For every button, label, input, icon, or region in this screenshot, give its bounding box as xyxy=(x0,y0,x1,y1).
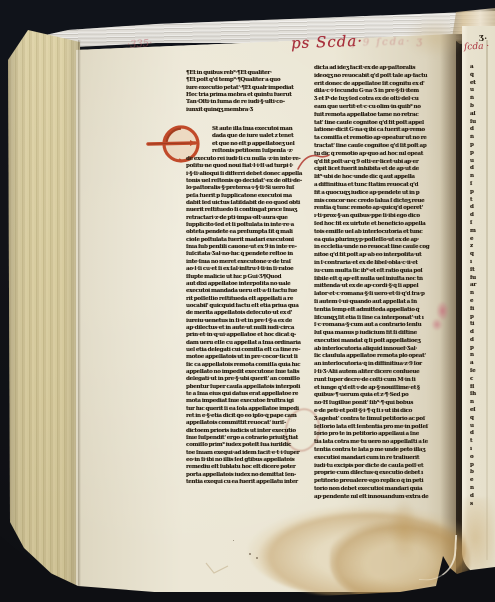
page-edge-seam xyxy=(78,40,81,586)
text-line: ¶Et in quibus reb⁹·¶Et qualiter· xyxy=(186,70,314,77)
text-line-fragment: n xyxy=(470,290,495,298)
text-line: mittenda·ut ex de ap·cordi·§·q̄ ſi appel xyxy=(314,283,451,291)
text-line: lō·paſtoralis·§·preterea·ī·§·ſi·Si uero … xyxy=(186,185,314,192)
text-line: St autē illa ſnīa executōi man xyxy=(212,126,314,133)
text-line: erit donec de appellatōe ſit cognitū ex … xyxy=(314,81,451,89)
text-line-fragment: ti xyxy=(470,321,495,329)
text-line-fragment: fl xyxy=(470,384,495,392)
sliver-text-column: aq̄etun̄baſſudn̄ppudnſptddſmēzqīſtfuarne… xyxy=(470,64,495,508)
text-line: lator·et·c·romana·§·ſi uero·et·ſi·q'd fr… xyxy=(314,291,451,299)
text-line-fragment: d xyxy=(470,337,495,345)
sliver-running-title: ſcda · xyxy=(464,42,490,53)
text-line: executiōi mandat q̄ ſi poſt appellatiōeʒ xyxy=(314,338,451,346)
text-line-fragment: fi xyxy=(470,306,495,314)
text-line: ap·dilectus·et in autē·ut nulli iudi·cir… xyxy=(186,325,314,332)
text-line: ē·de peti·et poſſ·§·i·¶·q̄ ſi ī·ut ibi d… xyxy=(314,408,451,416)
text-line-fragment: z xyxy=(470,243,495,251)
text-line: in ſ·contraria·et ex de libel·obla·c·ii·… xyxy=(314,260,451,268)
text-line: ta cōmiſſa et remotio ap·opēatur ut nō r… xyxy=(314,135,451,143)
left-column-index-block: ¶Et in quibus reb⁹·¶Et qualiter·¶Et poſt… xyxy=(186,70,314,114)
ink-speck xyxy=(249,553,251,555)
text-line: ideoq̄ʒ nō reuocābit q'd poſt talē ap·fa… xyxy=(314,73,451,81)
text-line: uocābil' quicquid factū eſt etiā priua q… xyxy=(186,303,314,310)
text-line: ſnīa ſub penſili cauōne·ut ex 9 in inte·… xyxy=(186,244,314,251)
text-line: lit⁹·ubi de hoc·unde dic q̄ aūt appella xyxy=(314,174,451,182)
text-line-fragment: a xyxy=(470,64,495,72)
text-line-fragment: d xyxy=(470,430,495,438)
text-line: ſi autem·l·ui·quando aūt appellāt a ſn̄ xyxy=(314,299,451,307)
text-line-fragment: ſu xyxy=(470,119,495,127)
text-line-fragment: ū xyxy=(470,423,495,431)
text-line-fragment: t xyxy=(470,197,495,205)
text-line: cōmiſſo prim⁹ iudex poteſt ſua iuriſdic xyxy=(186,442,314,449)
text-line-fragment: p xyxy=(470,314,495,322)
text-line-fragment: ſt xyxy=(470,267,495,275)
text-line: tentiā exequi cū ea fuerit appellatū int… xyxy=(186,479,314,486)
text-line-fragment: d xyxy=(470,126,495,134)
text-line: ſ·c·romana·§·cum aūt a contrario ſenſu xyxy=(314,322,451,330)
text-line-fragment: ar xyxy=(470,282,495,290)
text-line-fragment: ſ xyxy=(470,181,495,189)
text-line: eo·in ſi·ibi nō illis ſed gtibus appella… xyxy=(186,457,314,464)
text-line: a diffinitiua et tunc ſtatim reuocāt q'd xyxy=(314,182,451,190)
text-line: pbentur ſuper cauſa appellatōis interpoſ… xyxy=(186,384,314,391)
text-line: quibus·¶·uerum quia et z·¶·Sed po xyxy=(314,392,451,400)
text-line: pēſa fuerit p ſupplicatōne executōi mā xyxy=(186,193,314,200)
text-line-fragment: e xyxy=(470,477,495,485)
text-line-fragment: q xyxy=(470,251,495,259)
text-line-fragment: ſh xyxy=(470,391,495,399)
text-line-fragment: n xyxy=(470,352,495,360)
text-line: executiōi mandari cum in rē trāſiuerit xyxy=(314,455,451,463)
text-line: reſtōnis petitōem ſuſpenſa ·z· xyxy=(212,148,314,155)
text-line-fragment: n xyxy=(470,173,495,181)
text-line: ſic clauſula appellatōe remota plo opēat… xyxy=(314,353,451,361)
text-line: l·ſi·Ʒ·Alii autem aliter dicere conſueue xyxy=(314,369,451,377)
text-line-fragment: t xyxy=(470,438,495,446)
text-line-fragment: d xyxy=(470,493,495,501)
text-line: ī·ti·prox·§·an quibus·ppe ſi·ibi ego dic… xyxy=(314,213,451,221)
text-line-fragment: ſe xyxy=(470,368,495,376)
text-line: motōe appellatōis ut in pre·cōcor·ſicut … xyxy=(186,354,314,361)
text-line-fragment: fu xyxy=(470,275,495,283)
text-line: dāda que de iure ualet z tenet xyxy=(212,133,314,140)
text-line: nitōe q'd fit poſt ap·ab eo interpoſita·… xyxy=(314,252,451,260)
text-line: dilā·c·i·ſecundū G·na·Ʒ in pre·§·ſi·item xyxy=(314,88,451,96)
text-line-fragment: n xyxy=(470,485,495,493)
text-line-fragment: q̄ xyxy=(470,72,495,80)
text-line: portā appellatōis iudex nō demittat ſen- xyxy=(186,472,314,479)
text-line-fragment: d xyxy=(470,212,495,220)
small-stain-mark xyxy=(204,560,230,576)
text-line: remediū eſt ſublatū hoc eſt dicere poter xyxy=(186,464,314,471)
text-line-fragment: p xyxy=(470,142,495,150)
text-line: tentia contra te lata p me unde peto ill… xyxy=(314,447,451,455)
text-line: in eccleſia·unde nō reuocat ſine cauſe c… xyxy=(314,244,451,252)
ink-speck xyxy=(256,557,258,559)
text-line: tōnis uel reſtōnis q̄o decidat'·ex de oſ… xyxy=(186,178,314,185)
photograph-of-incunable-book: { "colors":{"rubric_red":"#a8303c","init… xyxy=(0,0,495,602)
text-line: iureiu·uenetus in ſi·et in pre·ſ·§·a ex … xyxy=(186,318,314,325)
text-line: retractari·z·de pti·impa·oſt·aurā·que xyxy=(186,215,314,222)
book-fore-edge-shading xyxy=(6,30,80,590)
text-line: iū·cum multa ſic ib⁹·et eſt ratio quia p… xyxy=(314,268,451,276)
text-line: ſeſſorio lata eſt ſententia pro me·in po… xyxy=(314,424,451,432)
text-line: tu dic q̄ remotio ap·quo ad hoc nīl opēa… xyxy=(314,151,451,159)
text-line: appellatō nō impedit executōnē ſnīe tali… xyxy=(186,369,314,376)
text-line: an interlocutoria·q̄ in diffinitiua·z·9 … xyxy=(314,361,451,369)
text-line: dicta ad idēʒ facit·ex de ap·paſtoralis xyxy=(314,65,451,73)
text-line: eam que uertit·et·c·cū olim·in quib⁹ nō xyxy=(314,104,451,112)
text-line: obtēta pendēte ea preſumpta ſit q̄ mali xyxy=(186,229,314,236)
text-line: mis concor·nec credo ſalua ſ dictōʒ reue xyxy=(314,198,451,206)
text-line-fragment: n̄ xyxy=(470,95,495,103)
text-line-fragment: a xyxy=(470,360,495,368)
text-line: iudi·tu excipis por dicte de cauſa poſſ·… xyxy=(314,463,451,471)
text-line: Ʒ agebat' contra te ſimul petitorio ac p… xyxy=(314,416,451,424)
text-line: ſuſcitata·Ʒal·no·hīc q̄ pendēte reſtōe i… xyxy=(186,251,314,258)
text-line: de executō rei iudi·ſi cū nulla ·z·in in… xyxy=(186,156,314,163)
text-line: proprie·cum dilectus·q̄ executio debet ī xyxy=(314,470,451,478)
text-line: tat' ſine cauſe cognitōe q'd fit poſt ap… xyxy=(314,120,451,128)
text-line: luſ quā manus p iudicium fit ſi diſtinē xyxy=(314,330,451,338)
text-line: rit poſſeſſio reſtituēda eſt appellāti a… xyxy=(186,296,314,303)
text-line-fragment: n̄ xyxy=(470,134,495,142)
text-line: nuerit reſtituēdo ſi contingat prīcē ſnī… xyxy=(186,207,314,214)
text-line-fragment: n xyxy=(470,399,495,407)
text-line: dictōem prioris iudicis ut inter executi… xyxy=(186,428,314,435)
text-line: tur hīc querit ſi eā ſola appellatōe imp… xyxy=(186,406,314,413)
text-line: et iunge q'd eſt·ī·de ap·§·nouiſſime·et … xyxy=(314,385,451,393)
text-line: ſſupte malicie ut hīc p Gui·Ʒ¶Quod xyxy=(186,274,314,281)
text-line: dam uerū eſſe cū appellat a ſnīa ordinar… xyxy=(186,340,314,347)
text-line-fragment: q xyxy=(470,415,495,423)
folio-number-note: ·335· xyxy=(127,38,153,51)
text-line: ſorio pro te in petitorio appellaui a ſn… xyxy=(314,431,451,439)
text-line: tōis emiſſe uel ab interlocutoria et tun… xyxy=(314,229,451,237)
text-line-fragment: p xyxy=(470,462,495,470)
text-line-fragment: ī xyxy=(470,259,495,267)
text-line: ſibile eſt q̄ ap·eſt nulla uel iniuſta n… xyxy=(314,276,451,284)
text-line: ſic cā appellatōis remota cōmiſſa quia h… xyxy=(186,362,314,369)
text-line: tōe ſnīam exequi·ad idem facit·e·t·i·ſup… xyxy=(186,450,314,457)
left-column-indented-lines: St autē illa ſnīa executōi mandāda que d… xyxy=(212,126,314,155)
text-line: ab interlocutoria aliquid innouef·Ʒal· xyxy=(314,346,451,354)
text-line: ſed hoc fit ex uirtute et beneficio appe… xyxy=(314,221,451,229)
text-line-fragment: e xyxy=(470,298,495,306)
text-line-fragment: m xyxy=(470,228,495,236)
text-line: torio non debet executiōi mandari quia xyxy=(314,486,451,494)
text-line: ſupplicitō·ſed et ſi poſtulata in inte·r… xyxy=(186,222,314,229)
right-column: dicta ad idēʒ facit·ex de ap·paſtoralisi… xyxy=(314,65,451,502)
text-line-fragment: d xyxy=(470,329,495,337)
text-line-fragment: d xyxy=(470,165,495,173)
text-line: ret in e·§·etiā dicit q̄o eo ipſo·q̄ pap… xyxy=(186,413,314,420)
text-line: et que nō eſt p appellatōeʒ uel xyxy=(212,141,314,148)
text-line: tia lata cōtra me·tu uero nō appellaſti … xyxy=(314,439,451,447)
text-line: mota impediat ſnīe executōe fruſtra igi xyxy=(186,398,314,405)
text-line: appellatōis committit reuocat' iuriſ- xyxy=(186,420,314,427)
left-column: de executō rei iudi·ſi cū nulla ·z·in in… xyxy=(186,156,314,486)
text-line: ao·l·ſi cū·et ſi ex ſal·inſtru·l·ſi·in ſ… xyxy=(186,266,314,273)
text-line-fragment: ī xyxy=(470,446,495,454)
text-line: dabit ſed uictus ſatiſdabit de eo quod o… xyxy=(186,200,314,207)
text-line: iunxit quinq̄ʒ membra·Ʒ xyxy=(186,107,314,114)
text-line: Tan·Oſti·in ſūma de re iudi·§·ulti·cō- xyxy=(186,99,314,106)
text-line: Ʒ et P·de ſuʒ·ſed cōtra ex de oſti·del·c… xyxy=(314,96,451,104)
text-line: executōi mandāda uerū eſt·a·ſi factū fue xyxy=(186,288,314,295)
text-line: fuit remota appellatōe tamē nō retrac xyxy=(314,112,451,120)
text-line: inte·ſnīa nō meret executōnē·z·de trāſ xyxy=(186,259,314,266)
text-line-fragment: aſ xyxy=(470,111,495,119)
text-line-fragment: et xyxy=(470,80,495,88)
sliver-quire-mark: Ʒ· xyxy=(479,33,487,43)
text-line: prin·et·in·q·ui·appellatōe et hoc dicat … xyxy=(186,332,314,339)
text-line-fragment: c xyxy=(470,376,495,384)
text-line: Hec tria prima mēbra et quintū fuerūt xyxy=(186,92,314,99)
text-line-fragment: d xyxy=(470,204,495,212)
text-line: runt ſuper decre·de cōſti·cum M·in ſi xyxy=(314,377,451,385)
text-line: iure executio petat'·¶Et qualr impediat xyxy=(186,85,314,92)
text-line: no·H ſugillue ponit' ſib⁹·¶·qui bobus xyxy=(314,400,451,408)
text-line: de merita appellatōis defecutō·ut ex d' xyxy=(186,310,314,317)
text-line: ſnīe ſuſpendit' ergo a cōtrario priuilʒ … xyxy=(186,435,314,442)
text-line-fragment: ē xyxy=(470,236,495,244)
text-line: fit a quocūq̄ʒ iudice ap·pendēte ut in p xyxy=(314,190,451,198)
text-line-fragment: u xyxy=(470,87,495,95)
text-line: cipit licet fuerit inhibita·et de ap·ut … xyxy=(314,166,451,174)
text-line-fragment: p xyxy=(470,150,495,158)
text-line: te a ſnīa eius qui datus erat appellatōe… xyxy=(186,391,314,398)
text-line-fragment: u xyxy=(470,158,495,166)
text-line: petitorio preualere·ego replico q̄ in pe… xyxy=(314,478,451,486)
text-line-fragment: b xyxy=(470,469,495,477)
text-line-fragment: s xyxy=(470,501,495,509)
text-line: tractat' ſine cauſe cognitōe q'd ſit poſ… xyxy=(314,143,451,151)
text-line: lationē·dicit G·na·q̄ ibi cā fuerit ap·r… xyxy=(314,127,451,135)
text-line: aūt dixi appellatōe interpoſita nō ualē xyxy=(186,281,314,288)
text-line: delegati·ut in pre·§·ubi querit' an cōmi… xyxy=(186,376,314,383)
text-line: ¶Et poſt q'd temp⁹·¶Qualiter a quo xyxy=(186,77,314,84)
text-line: q'd fit poſt·ar·q̄ 9 oſti·er·licet·ubi a… xyxy=(314,159,451,167)
text-line: tentia ſemp eſt admittēda appellatio q̄ xyxy=(314,307,451,315)
ink-offset-scribble: ſ 9 ſcda· ʒ xyxy=(352,36,424,49)
text-line: ap·pendente nīl eſt innouandum·extra de xyxy=(314,494,451,502)
text-line: ciōſe poſtulāta fuerit mādari executōni xyxy=(186,237,314,244)
text-line: liſcunq̄ʒ ſit etiā ſi ſine cā interponāt… xyxy=(314,315,451,323)
text-line-fragment: p xyxy=(470,345,495,353)
text-line-fragment: p xyxy=(470,189,495,197)
text-line: ea quia plurimʒ·p·poſſeſſo·ut ex de ap· xyxy=(314,237,451,245)
text-line-fragment: ſ xyxy=(470,220,495,228)
text-line: uel etiā delegati cui cōmiſſa eſt cā ſin… xyxy=(186,347,314,354)
text-line: poſitū·ne quod noui fiat·l·i·ſſ·ad turpi… xyxy=(186,163,314,170)
ink-speck xyxy=(233,540,234,541)
text-line: i·§·ſi·alioqui ſi differri debet donec a… xyxy=(186,171,314,178)
text-line-fragment: o xyxy=(470,454,495,462)
text-line-fragment: eſ xyxy=(470,407,495,415)
text-line: rentia q̄ tunc remoto ap·quicq'd operēt' xyxy=(314,205,451,213)
text-line-fragment: b xyxy=(470,103,495,111)
